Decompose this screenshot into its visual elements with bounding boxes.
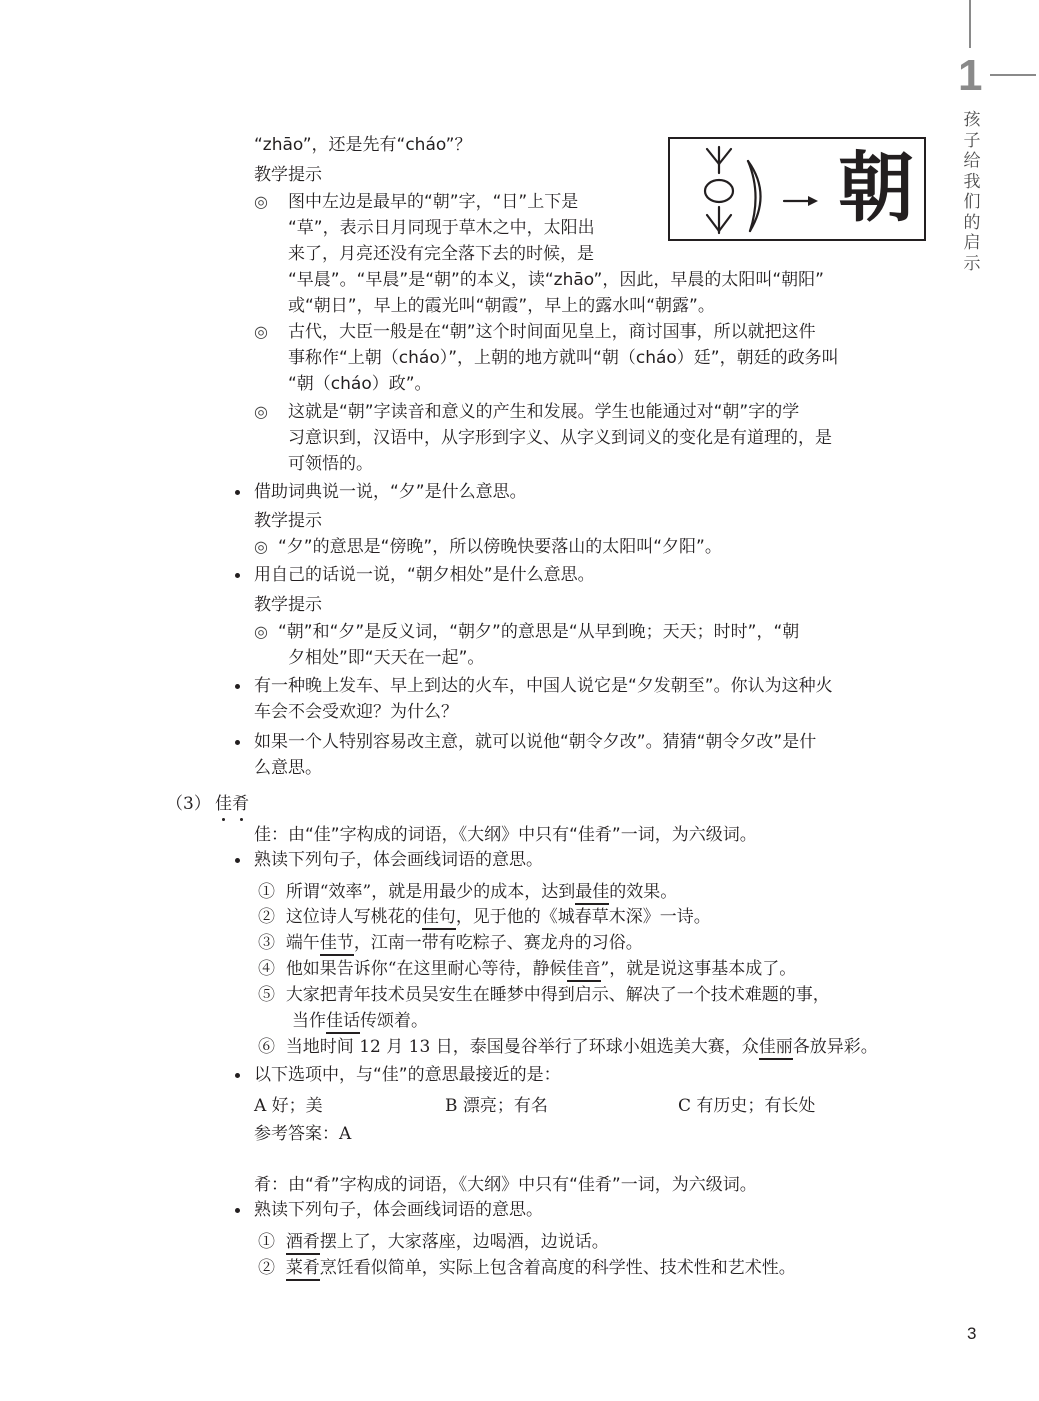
- hint-text: 习意识到，汉语中，从字形到字义、从字义到词义的变化是有道理的，是: [288, 427, 832, 449]
- chapter-title-char: 给: [962, 151, 982, 172]
- section-heading-word: 佳肴: [215, 793, 249, 815]
- reference-answer: 参考答案：A: [254, 1123, 351, 1145]
- bullet-icon: [235, 1208, 240, 1213]
- hint-text: 或“朝日”，早上的霞光叫“朝霞”，早上的露水叫“朝露”。: [288, 295, 715, 317]
- task-read: 熟读下列句子，体会画线词语的意思。: [254, 1199, 543, 1221]
- hint-text: 古代，大臣一般是在“朝”这个时间面见皇上，商讨国事，所以就把这件: [288, 321, 816, 343]
- teaching-hint-label: 教学提示: [254, 164, 322, 186]
- chapter-title-char: 子: [962, 131, 982, 152]
- sentence-number: ②: [258, 907, 275, 927]
- question-zhaoxi: 用自己的话说一说，“朝夕相处”是什么意思。: [254, 564, 595, 586]
- question-train: 有一种晚上发车、早上到达的火车，中国人说它是“夕发朝至”。你认为这种火: [254, 675, 833, 697]
- jia-intro: 佳：由“佳”字构成的词语，《大纲》中只有“佳肴”一词，为六级词。: [254, 824, 757, 846]
- hint-text: 事称作“上朝（cháo）”，上朝的地方就叫“朝（cháo）廷”，朝廷的政务叫: [288, 347, 839, 369]
- bullet-icon: [235, 684, 240, 689]
- double-circle-icon: ◎: [254, 401, 268, 423]
- question-tail: “zhāo”，还是先有“cháo”？: [254, 134, 471, 156]
- bullet-icon: [235, 858, 240, 863]
- hint-text: “草”，表示日月同现于草木之中，太阳出: [288, 217, 595, 239]
- sentence-item: ⑥ 当地时间 12 月 13 日，泰国曼谷举行了环球小姐选美大赛，众佳丽各放异彩…: [258, 1036, 878, 1058]
- sentence-item-continued: 当作佳话传颂着。: [292, 1010, 428, 1032]
- task-read: 熟读下列句子，体会画线词语的意思。: [254, 849, 543, 871]
- question-train: 车会不会受欢迎？为什么？: [254, 701, 458, 723]
- sentence-number: ②: [258, 1258, 275, 1278]
- chapter-title-char: 示: [962, 254, 982, 275]
- sentence-number: ①: [258, 882, 275, 902]
- underlined-term: 佳音: [567, 959, 601, 982]
- question-xi: 借助词典说一说，“夕”是什么意思。: [254, 481, 527, 503]
- teaching-hint-label: 教学提示: [254, 594, 322, 616]
- teaching-hint-label: 教学提示: [254, 510, 322, 532]
- question-change: 么意思。: [254, 757, 322, 779]
- section-heading-number: （3）: [166, 793, 211, 815]
- side-divider-vertical: [969, 0, 971, 48]
- double-circle-icon: ◎: [254, 191, 268, 213]
- bullet-icon: [235, 573, 240, 578]
- hint-text: 这就是“朝”字读音和意义的产生和发展。学生也能通过对“朝”字的学: [288, 401, 799, 423]
- hint-text: “夕”的意思是“傍晚”，所以傍晚快要落山的太阳叫“夕阳”。: [278, 536, 722, 558]
- chapter-title-char: 的: [962, 213, 982, 234]
- page-number: 3: [967, 1324, 976, 1344]
- sentence-item: ⑤ 大家把青年技术员吴安生在睡梦中得到启示、解决了一个技术难题的事，: [258, 984, 830, 1006]
- sentence-item: ① 酒肴摆上了，大家落座，边喝酒，边说话。: [258, 1231, 609, 1253]
- option-c: C 有历史；有长处: [678, 1095, 815, 1117]
- sentence-number: ⑥: [258, 1037, 275, 1057]
- sentence-item: ② 菜肴烹饪看似简单，实际上包含着高度的科学性、技术性和艺术性。: [258, 1257, 796, 1279]
- hint-text: 可领悟的。: [288, 453, 373, 475]
- hint-text: 来了，月亮还没有完全落下去的时候，是: [288, 243, 594, 265]
- double-circle-icon: ◎: [254, 321, 268, 343]
- underlined-term: 酒肴: [286, 1232, 320, 1255]
- double-circle-icon: ◎: [254, 621, 268, 643]
- task-choice: 以下选项中，与“佳”的意思最接近的是：: [254, 1064, 561, 1086]
- sentence-number: ④: [258, 959, 275, 979]
- hint-text: “早晨”。“早晨”是“朝”的本义，读“zhāo”，因此，早晨的太阳叫“朝阳”: [288, 269, 824, 291]
- bullet-icon: [235, 740, 240, 745]
- hint-text: 夕相处”即“天天在一起”。: [288, 647, 484, 669]
- sentence-number: ①: [258, 1232, 275, 1252]
- chapter-title-char: 们: [962, 192, 982, 213]
- double-circle-icon: ◎: [254, 536, 268, 558]
- chapter-number: 1: [958, 54, 982, 98]
- emphasis-dot-icon: [222, 818, 225, 821]
- underlined-term: 佳句: [422, 907, 456, 930]
- sentence-number: ⑤: [258, 985, 275, 1005]
- sentence-item: ③ 端午佳节，江南一带有吃粽子、赛龙舟的习俗。: [258, 932, 643, 954]
- zhao-evolution-figure: 朝: [668, 137, 926, 241]
- hint-text: “朝”和“夕”是反义词，“朝夕”的意思是“从早到晚；天天；时时”，“朝: [278, 621, 799, 643]
- underlined-term: 菜肴: [286, 1258, 320, 1281]
- underlined-term: 最佳: [575, 882, 609, 905]
- underlined-term: 佳丽: [759, 1037, 793, 1060]
- bullet-icon: [235, 490, 240, 495]
- sentence-item: ④ 他如果告诉你“在这里耐心等待，静候佳音”，就是说这事基本成了。: [258, 958, 796, 980]
- sentence-item: ① 所谓“效率”，就是用最少的成本，达到最佳的效果。: [258, 881, 677, 903]
- option-a: A 好；美: [254, 1095, 323, 1117]
- sentence-number: ③: [258, 933, 275, 953]
- underlined-term: 佳节: [320, 933, 354, 956]
- chapter-title-char: 孩: [962, 110, 982, 131]
- bullet-icon: [235, 1073, 240, 1078]
- sentence-item: ② 这位诗人写桃花的佳句，见于他的《城春草木深》一诗。: [258, 906, 711, 928]
- chapter-title-vertical: 孩 子 给 我 们 的 启 示: [962, 110, 982, 274]
- option-b: B 漂亮；有名: [445, 1095, 548, 1117]
- chapter-title-char: 我: [962, 172, 982, 193]
- yao-intro: 肴：由“肴”字构成的词语，《大纲》中只有“佳肴”一词，为六级词。: [254, 1174, 757, 1196]
- modern-zhao-char: 朝: [838, 145, 914, 231]
- hint-text: 图中左边是最早的“朝”字，“日”上下是: [288, 191, 578, 213]
- emphasis-dot-icon: [240, 818, 243, 821]
- side-divider-horizontal: [990, 74, 1036, 76]
- chapter-title-char: 启: [962, 233, 982, 254]
- underlined-term: 佳话: [326, 1011, 360, 1034]
- hint-text: “朝（cháo）政”。: [288, 373, 432, 395]
- question-change: 如果一个人特别容易改主意，就可以说他“朝令夕改”。猜猜“朝令夕改”是什: [254, 731, 816, 753]
